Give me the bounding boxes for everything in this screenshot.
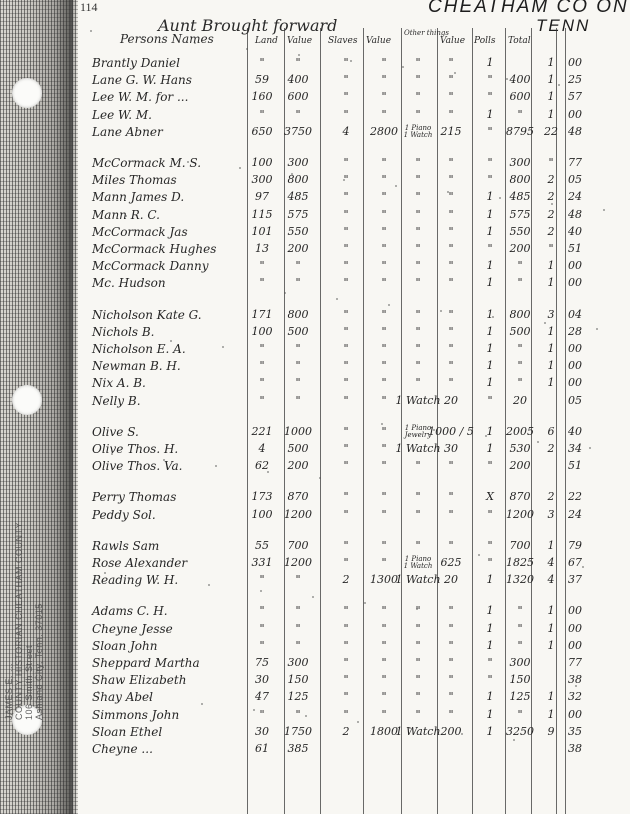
cell-land: 100 [252, 508, 273, 521]
cell-land-value: 200 [288, 459, 309, 472]
cell-tax-dollars: 1 [548, 108, 555, 121]
ledger-row: Olive Thos. H.4500""1 Watch301530234 [0, 442, 630, 460]
cell-land-value: " [295, 394, 300, 407]
ledger-row: McCormack Hughes13200"""""200"51 [0, 242, 630, 260]
cell-slaves-value: " [381, 56, 386, 69]
ledger-row: McCormack M. S.100300"""""300"77 [0, 156, 630, 174]
ledger-row: Olive S.2211000""1 Piano Jewelry1000 / 5… [0, 425, 630, 443]
cell-land: " [259, 604, 264, 617]
ledger-row: Sheppard Martha75300"""""30077 [0, 656, 630, 674]
cell-name: Mann James D. [92, 190, 184, 204]
cell-slaves: " [343, 259, 348, 272]
scan-speck [104, 572, 106, 574]
cell-slaves: " [343, 208, 348, 221]
cell-other-things: " [415, 508, 420, 521]
scan-speck [305, 715, 307, 717]
ledger-row: Nix A. B.""""""1"100 [0, 376, 630, 394]
cell-name: Reading W. H. [92, 573, 178, 587]
cell-land-value: " [295, 376, 300, 389]
cell-name: Rawls Sam [92, 539, 159, 553]
cell-tax-cents: 48 [568, 208, 582, 221]
cell-polls: " [487, 242, 492, 255]
cell-name: McCormack Hughes [92, 242, 216, 256]
cell-slaves: " [343, 156, 348, 169]
cell-land-value: 1000 [284, 425, 312, 438]
cell-tax-dollars: 1 [548, 342, 555, 355]
cell-slaves: " [343, 604, 348, 617]
cell-name: Nichols B. [92, 325, 154, 339]
cell-tax-cents: 00 [568, 56, 582, 69]
ledger-page: JAMES E. ... COUNTY HISTORIAN CHEATHAM C… [0, 0, 630, 814]
cell-slaves: 4 [343, 125, 350, 138]
scan-speck [478, 554, 480, 556]
cell-tax-cents: 38 [568, 742, 582, 755]
cell-total: 200 [510, 459, 531, 472]
cell-tax-cents: 00 [568, 108, 582, 121]
cell-name: Nelly B. [92, 394, 141, 408]
cell-other-things: " [415, 325, 420, 338]
cell-other-value: " [448, 73, 453, 86]
scan-speck [111, 453, 113, 455]
cell-other-value: " [448, 156, 453, 169]
cell-land: " [259, 622, 264, 635]
cell-other-value: " [448, 242, 453, 255]
cell-other-things: " [415, 539, 420, 552]
cell-total: " [517, 108, 522, 121]
ledger-row: Lane Abner6503750428001 Piano 1 Watch215… [0, 125, 630, 143]
cell-other-value: " [448, 308, 453, 321]
ledger-row: Brantly Daniel""""""1100 [0, 56, 630, 74]
cell-total: 400 [510, 73, 531, 86]
cell-tax-cents: 00 [568, 259, 582, 272]
cell-land-value: 400 [288, 73, 309, 86]
cell-slaves: " [343, 708, 348, 721]
cell-total: 150 [510, 673, 531, 686]
ledger-row: Adams C. H.""""""1"100 [0, 604, 630, 622]
cell-slaves-value: " [381, 325, 386, 338]
cell-slaves-value: " [381, 622, 386, 635]
cell-tax-dollars: 2 [548, 173, 555, 186]
cell-total: 800 [510, 173, 531, 186]
cell-tax-dollars: 1 [548, 325, 555, 338]
cell-name: Lee W. M. [92, 108, 152, 122]
cell-slaves-value: " [381, 556, 386, 569]
cell-total: " [517, 342, 522, 355]
cell-slaves-value: " [381, 708, 386, 721]
cell-total: " [517, 259, 522, 272]
cell-slaves-value: 1800 [370, 725, 398, 738]
cell-other-things: " [415, 673, 420, 686]
ledger-row: Cheyne Jesse""""""1"100 [0, 622, 630, 640]
cell-land-value: 500 [288, 442, 309, 455]
cell-slaves: " [343, 639, 348, 652]
cell-tax-dollars: 2 [548, 442, 555, 455]
cell-tax-cents: 51 [568, 242, 582, 255]
cell-land-value: " [295, 639, 300, 652]
cell-name: Sloan Ethel [92, 725, 162, 739]
cell-slaves-value: " [381, 425, 386, 438]
ledger-row: Perry Thomas173870""""X870222 [0, 490, 630, 508]
cell-total: 700 [510, 539, 531, 552]
cell-other-things: " [415, 342, 420, 355]
column-header-name: Persons Names [120, 32, 214, 46]
cell-slaves: " [343, 73, 348, 86]
cell-tax-dollars: 1 [548, 73, 555, 86]
ledger-row: Cheyne ...6138538 [0, 742, 630, 760]
cell-land-value: 600 [288, 90, 309, 103]
cell-land: 4 [259, 442, 266, 455]
ledger-row: Nicholson E. A.""""""1"100 [0, 342, 630, 360]
ledger-row: Nichols B.100500""""1500128 [0, 325, 630, 343]
cell-other-value: " [448, 639, 453, 652]
cell-other-things: " [415, 376, 420, 389]
cell-tax-dollars: 2 [548, 490, 555, 503]
cell-land: " [259, 394, 264, 407]
ledger-row: Sloan John""""""1"100 [0, 639, 630, 657]
cell-slaves-value: " [381, 276, 386, 289]
cell-other-things: 1 Piano 1 Watch [404, 125, 433, 139]
cell-land: 331 [252, 556, 273, 569]
scan-speck [364, 602, 366, 604]
cell-other-value: 20 [444, 573, 458, 586]
cell-tax-cents: 25 [568, 73, 582, 86]
cell-land-value: 1200 [284, 556, 312, 569]
cell-other-value: " [448, 259, 453, 272]
scan-speck [298, 54, 300, 56]
cell-slaves-value: " [381, 508, 386, 521]
scan-speck [416, 608, 418, 610]
county-heading: CHEATHAM CO ON [428, 0, 629, 18]
cell-land: 97 [255, 190, 269, 203]
cell-slaves: " [343, 376, 348, 389]
scan-speck [267, 471, 269, 473]
column-header-other-value: Value [440, 36, 465, 46]
cell-tax-dollars: 2 [548, 225, 555, 238]
scan-speck [142, 36, 144, 38]
cell-land-value: 150 [288, 673, 309, 686]
cell-slaves-value: " [381, 156, 386, 169]
scan-speck [603, 209, 605, 211]
cell-land: 115 [252, 208, 273, 221]
cell-land-value: " [295, 259, 300, 272]
scan-speck [582, 566, 584, 568]
cell-land: 100 [252, 156, 273, 169]
cell-land-value: 500 [288, 325, 309, 338]
cell-name: Shaw Elizabeth [92, 673, 186, 687]
cell-other-things: " [415, 459, 420, 472]
cell-other-things: " [415, 308, 420, 321]
cell-tax-dollars: 1 [548, 708, 555, 721]
cell-other-value: " [448, 325, 453, 338]
cell-tax-dollars: 6 [548, 425, 555, 438]
cell-name: Olive Thos. Va. [92, 459, 183, 473]
cell-other-value: " [448, 208, 453, 221]
cell-slaves: " [343, 656, 348, 669]
cell-other-things: " [415, 708, 420, 721]
cell-other-things: " [415, 259, 420, 272]
cell-name: Sloan John [92, 639, 157, 653]
cell-total: 200 [510, 242, 531, 255]
cell-polls: 1 [487, 308, 494, 321]
ledger-row: Simmons John""""""1"100 [0, 708, 630, 726]
cell-total: " [517, 359, 522, 372]
cell-slaves: " [343, 442, 348, 455]
scan-speck [170, 340, 172, 342]
cell-name: Cheyne Jesse [92, 622, 173, 636]
cell-land: 13 [255, 242, 269, 255]
cell-other-things: " [415, 156, 420, 169]
scan-speck [156, 578, 158, 580]
cell-slaves: " [343, 673, 348, 686]
cell-slaves-value: " [381, 359, 386, 372]
scan-speck [97, 691, 99, 693]
cell-tax-dollars: 22 [544, 125, 558, 138]
cell-other-value: " [448, 656, 453, 669]
ledger-row: Reading W. H.""213001 Watch2011320437 [0, 573, 630, 591]
cell-name: Brantly Daniel [92, 56, 180, 70]
cell-other-value: " [448, 56, 453, 69]
cell-polls: 1 [487, 604, 494, 617]
cell-tax-cents: 00 [568, 604, 582, 617]
cell-name: Mc. Hudson [92, 276, 166, 290]
cell-name: McCormack M. S. [92, 156, 201, 170]
cell-tax-dollars: 1 [548, 690, 555, 703]
cell-slaves-value: " [381, 342, 386, 355]
cell-name: Newman B. H. [92, 359, 181, 373]
cell-other-value: " [448, 459, 453, 472]
cell-total: 1320 [506, 573, 534, 586]
scan-speck [208, 584, 210, 586]
cell-total: 1200 [506, 508, 534, 521]
cell-tax-cents: 00 [568, 359, 582, 372]
cell-land: 221 [252, 425, 273, 438]
scan-speck [187, 161, 189, 163]
cell-tax-dollars: 1 [548, 276, 555, 289]
cell-other-things: " [415, 242, 420, 255]
cell-land: 173 [252, 490, 273, 503]
cell-slaves: " [343, 425, 348, 438]
cell-polls: X [486, 490, 494, 503]
cell-other-things: " [415, 190, 420, 203]
scan-speck [239, 167, 241, 169]
cell-total: " [517, 604, 522, 617]
cell-slaves-value: " [381, 394, 386, 407]
cell-polls: " [487, 394, 492, 407]
scan-speck [312, 596, 314, 598]
cell-total: " [517, 622, 522, 635]
cell-name: Nicholson E. A. [92, 342, 186, 356]
cell-slaves: 2 [343, 725, 350, 738]
cell-polls: 1 [487, 225, 494, 238]
scan-speck [246, 48, 248, 50]
column-headers: Persons NamesLandValueSlavesValueOther t… [0, 36, 630, 54]
cell-slaves: " [343, 359, 348, 372]
scan-speck [537, 441, 539, 443]
cell-land-value: " [295, 342, 300, 355]
scan-speck [260, 590, 262, 592]
cell-polls: 1 [487, 425, 494, 438]
cell-other-things: " [415, 108, 420, 121]
cell-name: Cheyne ... [92, 742, 153, 756]
cell-polls: 1 [487, 573, 494, 586]
scan-speck [194, 42, 196, 44]
cell-tax-cents: 24 [568, 190, 582, 203]
ledger-row: Lee W. M.""""""1"100 [0, 108, 630, 126]
cell-total: 870 [510, 490, 531, 503]
cell-land: 55 [255, 539, 269, 552]
cell-other-value: " [448, 225, 453, 238]
cell-total: " [517, 376, 522, 389]
cell-slaves-value: 1300 [370, 573, 398, 586]
cell-tax-dollars: 3 [548, 308, 555, 321]
scan-speck [589, 447, 591, 449]
scan-speck [222, 346, 224, 348]
scan-speck [350, 60, 352, 62]
cell-land: " [259, 56, 264, 69]
cell-other-value: " [448, 108, 453, 121]
cell-land: " [259, 259, 264, 272]
cell-name: Simmons John [92, 708, 179, 722]
cell-other-value: 215 [441, 125, 462, 138]
cell-name: Olive S. [92, 425, 139, 439]
scan-speck [336, 298, 338, 300]
cell-land-value: " [295, 108, 300, 121]
cell-other-value: " [448, 90, 453, 103]
scan-speck [530, 560, 532, 562]
scan-speck [118, 334, 120, 336]
cell-polls: " [487, 173, 492, 186]
column-header-polls: Polls [474, 36, 496, 46]
scan-speck [454, 72, 456, 74]
cell-slaves-value: " [381, 442, 386, 455]
cell-slaves-value: " [381, 73, 386, 86]
cell-other-things: " [415, 690, 420, 703]
cell-total: 500 [510, 325, 531, 338]
cell-tax-dollars: " [548, 242, 553, 255]
cell-other-things: " [415, 225, 420, 238]
cell-land: " [259, 376, 264, 389]
cell-polls: 1 [487, 208, 494, 221]
scan-speck [388, 304, 390, 306]
cell-name: McCormack Jas [92, 225, 188, 239]
cell-land-value: 125 [288, 690, 309, 703]
cell-total: 300 [510, 156, 531, 169]
cell-land: " [259, 108, 264, 121]
cell-slaves: " [343, 108, 348, 121]
ledger-row: Nelly B.""""1 Watch20"2005 [0, 394, 630, 412]
cell-polls: " [487, 90, 492, 103]
cell-tax-cents: 00 [568, 622, 582, 635]
cell-total: 3250 [506, 725, 534, 738]
column-header-land-value: Value [287, 36, 312, 46]
cell-tax-cents: 05 [568, 394, 582, 407]
cell-other-value: 20 [444, 394, 458, 407]
scan-speck [447, 191, 449, 193]
ledger-row: Lane G. W. Hans59400"""""400125 [0, 73, 630, 91]
cell-tax-dollars: 1 [548, 90, 555, 103]
cell-name: McCormack Danny [92, 259, 209, 273]
column-header-land: Land [255, 36, 278, 46]
ledger-row: Rose Alexander3311200""1 Piano 1 Watch62… [0, 556, 630, 574]
cell-other-things: " [415, 56, 420, 69]
scan-speck [90, 30, 92, 32]
scan-speck [596, 328, 598, 330]
cell-tax-dollars: 4 [548, 573, 555, 586]
cell-polls: " [487, 539, 492, 552]
scan-speck [215, 465, 217, 467]
cell-land-value: " [295, 276, 300, 289]
cell-slaves: " [343, 308, 348, 321]
cell-land-value: 700 [288, 539, 309, 552]
ledger-row: Mann James D.97485""""1485224 [0, 190, 630, 208]
cell-land-value: 300 [288, 156, 309, 169]
cell-total: 8795 [506, 125, 534, 138]
cell-total: 1825 [506, 556, 534, 569]
cell-total: 800 [510, 308, 531, 321]
cell-slaves-value: " [381, 225, 386, 238]
cell-other-things: " [415, 604, 420, 617]
cell-name: Shay Abel [92, 690, 153, 704]
scan-speck [163, 459, 165, 461]
cell-land: " [259, 342, 264, 355]
cell-tax-dollars: " [548, 156, 553, 169]
cell-tax-cents: 34 [568, 442, 582, 455]
cell-name: Nicholson Kate G. [92, 308, 202, 322]
cell-name: Rose Alexander [92, 556, 187, 570]
cell-tax-dollars: 3 [548, 508, 555, 521]
cell-slaves-value: " [381, 539, 386, 552]
scan-speck [343, 179, 345, 181]
cell-slaves: 2 [343, 573, 350, 586]
cell-total: 575 [510, 208, 531, 221]
cell-slaves: " [343, 622, 348, 635]
cell-tax-cents: 00 [568, 639, 582, 652]
ledger-row: Sloan Ethel301750218001 Watch20013250935 [0, 725, 630, 743]
cell-other-things: 1 Watch [395, 725, 440, 738]
cell-land-value: 1200 [284, 508, 312, 521]
cell-polls: " [487, 673, 492, 686]
cell-other-value: 30 [444, 442, 458, 455]
ledger-row: Newman B. H.""""""1"100 [0, 359, 630, 377]
scan-speck [402, 66, 404, 68]
cell-land-value: 200 [288, 242, 309, 255]
cell-slaves: " [343, 242, 348, 255]
cell-total: " [517, 276, 522, 289]
cell-total: 530 [510, 442, 531, 455]
scan-speck [149, 697, 151, 699]
cell-polls: 1 [487, 276, 494, 289]
cell-tax-dollars: 2 [548, 190, 555, 203]
cell-other-value: 200 [441, 725, 462, 738]
cell-other-value: " [448, 173, 453, 186]
cell-polls: " [487, 508, 492, 521]
cell-land-value: " [295, 573, 300, 586]
cell-other-things: " [415, 73, 420, 86]
cell-other-things: 1 Piano 1 Watch [404, 556, 433, 570]
cell-tax-dollars: 2 [548, 208, 555, 221]
cell-polls: 1 [487, 622, 494, 635]
cell-polls: 1 [487, 725, 494, 738]
cell-other-value: " [448, 342, 453, 355]
cell-slaves-value: " [381, 656, 386, 669]
cell-tax-dollars: 1 [548, 639, 555, 652]
cell-tax-cents: 67 [568, 556, 582, 569]
cell-tax-cents: 00 [568, 342, 582, 355]
ledger-row: Peddy Sol.1001200"""""1200324 [0, 508, 630, 526]
scan-speck [440, 310, 442, 312]
scan-speck [395, 185, 397, 187]
cell-other-value: " [448, 673, 453, 686]
